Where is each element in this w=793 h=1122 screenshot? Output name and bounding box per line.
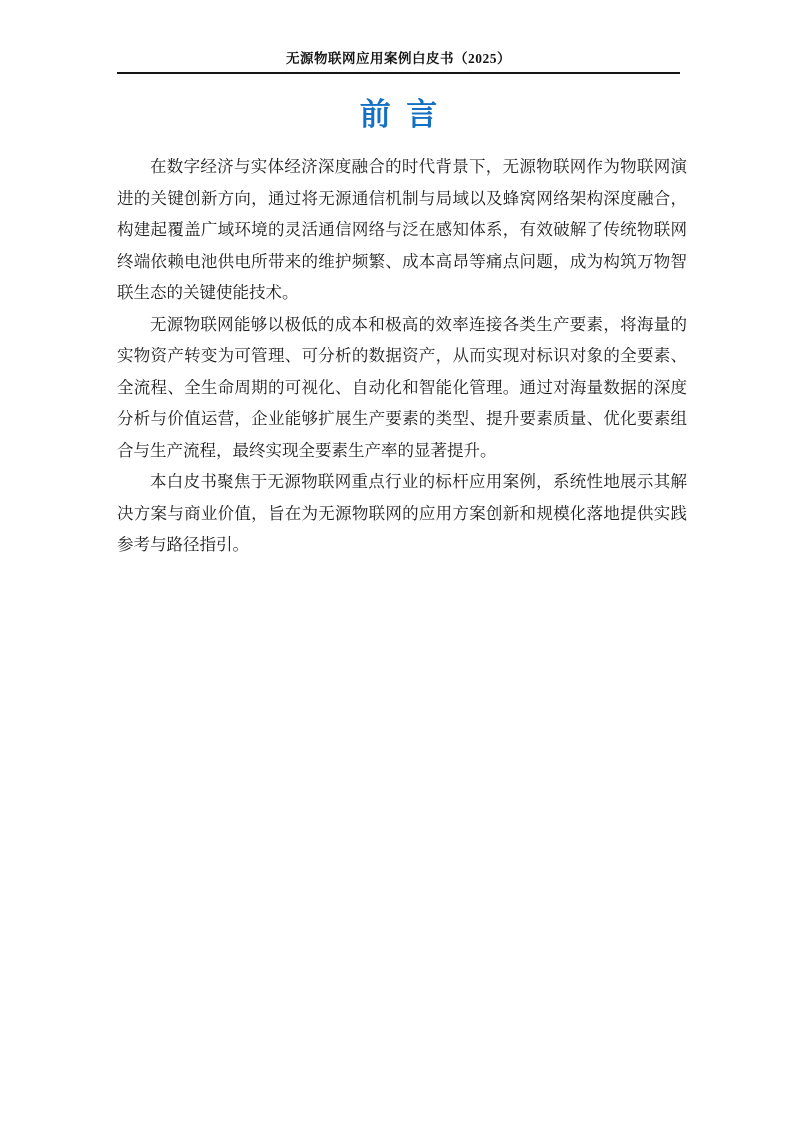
paragraph-1: 在数字经济与实体经济深度融合的时代背景下，无源物联网作为物联网演进的关键创新方向… xyxy=(117,151,687,309)
paragraph-3: 本白皮书聚焦于无源物联网重点行业的标杆应用案例，系统性地展示其解决方案与商业价值… xyxy=(117,466,687,561)
page-title: 前 言 xyxy=(117,96,680,134)
body-text: 在数字经济与实体经济深度融合的时代背景下，无源物联网作为物联网演进的关键创新方向… xyxy=(117,151,687,561)
header-title: 无源物联网应用案例白皮书（2025） xyxy=(117,50,680,67)
document-page: 无源物联网应用案例白皮书（2025） 前 言 在数字经济与实体经济深度融合的时代… xyxy=(0,0,793,1122)
paragraph-2: 无源物联网能够以极低的成本和极高的效率连接各类生产要素，将海量的实物资产转变为可… xyxy=(117,309,687,467)
page-header: 无源物联网应用案例白皮书（2025） xyxy=(117,50,680,74)
